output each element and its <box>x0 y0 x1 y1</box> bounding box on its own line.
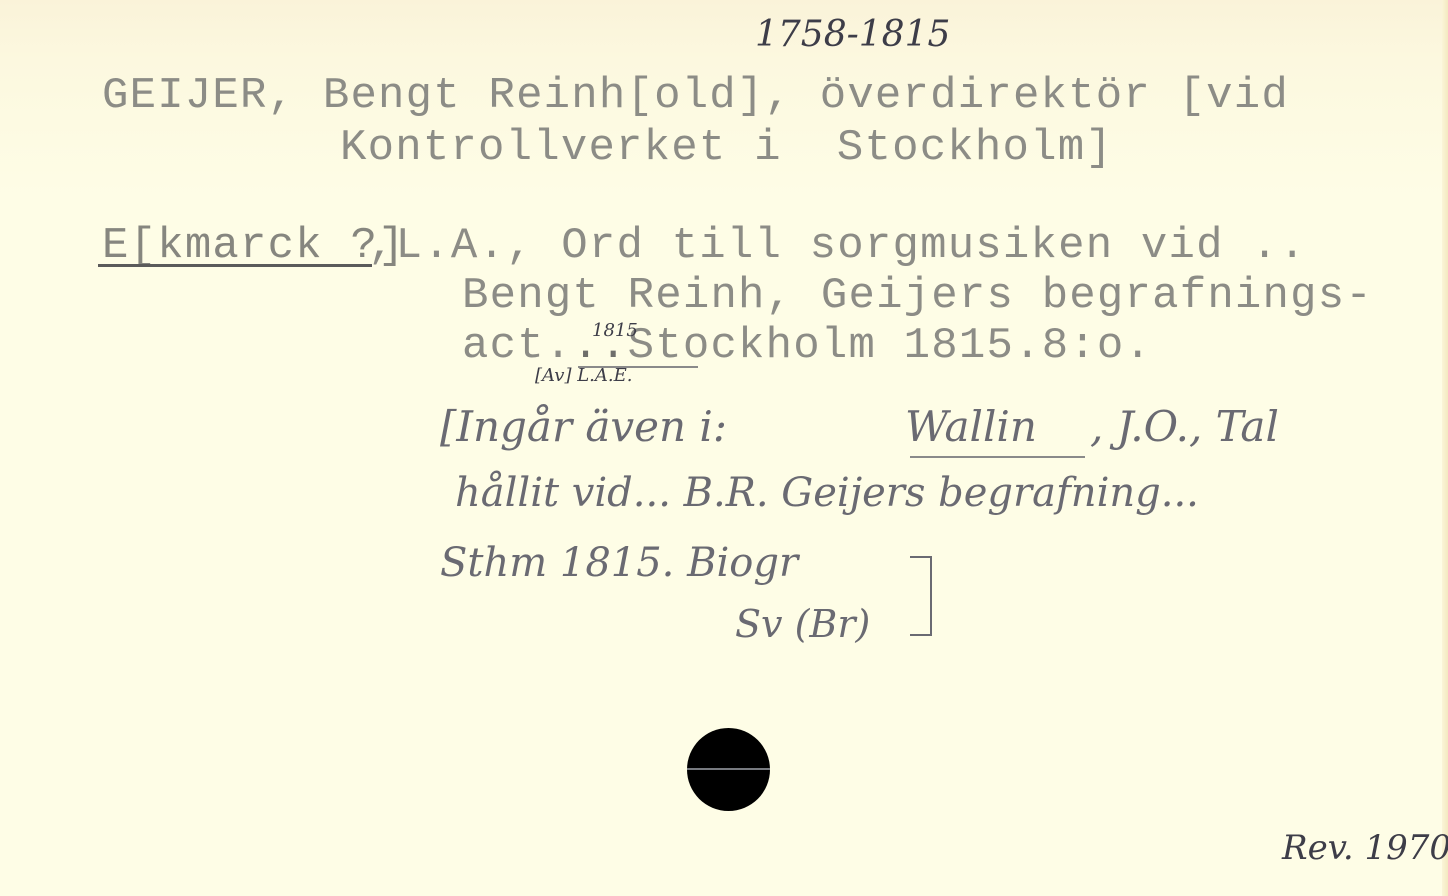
life-dates: 1758-1815 <box>755 14 950 55</box>
imprint-place-date: Stockholm 1815.8:o. <box>628 321 1152 371</box>
heading-line-1: GEIJER, Bengt Reinh[old], överdirektör [… <box>102 74 1289 118</box>
note-ref-underline <box>910 456 1085 458</box>
inserted-year: 1815 <box>592 320 638 341</box>
note-line-2: hållit vid... B.R. Geijers begrafning... <box>455 470 1199 516</box>
inserted-attribution: [Av] L.A.E. <box>535 365 632 386</box>
heading-line-2: Kontrollverket i Stockholm] <box>340 126 1113 170</box>
entry-title-line-1: ,L.A., Ord till sorgmusiken vid .. <box>368 224 1307 268</box>
catalog-card: 1758-1815 GEIJER, Bengt Reinh[old], över… <box>0 0 1448 896</box>
imprint-act: act. <box>462 321 572 371</box>
note-line-3: Sthm 1815. Biogr <box>440 540 798 586</box>
entry-imprint-line: act...Stockholm 1815.8:o. <box>462 324 1152 368</box>
entry-title-line-2: Bengt Reinh, Geijers begrafnings- <box>462 274 1373 318</box>
note-line-1-end: , J.O., Tal <box>1090 402 1279 451</box>
note-ref-wallin: Wallin <box>905 402 1037 451</box>
card-punch-hole <box>687 728 770 811</box>
note-closing-bracket <box>910 556 932 636</box>
author-underline <box>98 264 372 267</box>
note-line-4: Sv (Br) <box>735 602 870 646</box>
note-line-1-start: [Ingår även i: <box>440 402 727 451</box>
card-edge <box>1442 0 1448 896</box>
punch-hole-seam <box>687 768 770 770</box>
entry-author: E[kmarck ?] <box>102 224 406 268</box>
revision-note: Rev. 1970 <box>1282 828 1448 868</box>
